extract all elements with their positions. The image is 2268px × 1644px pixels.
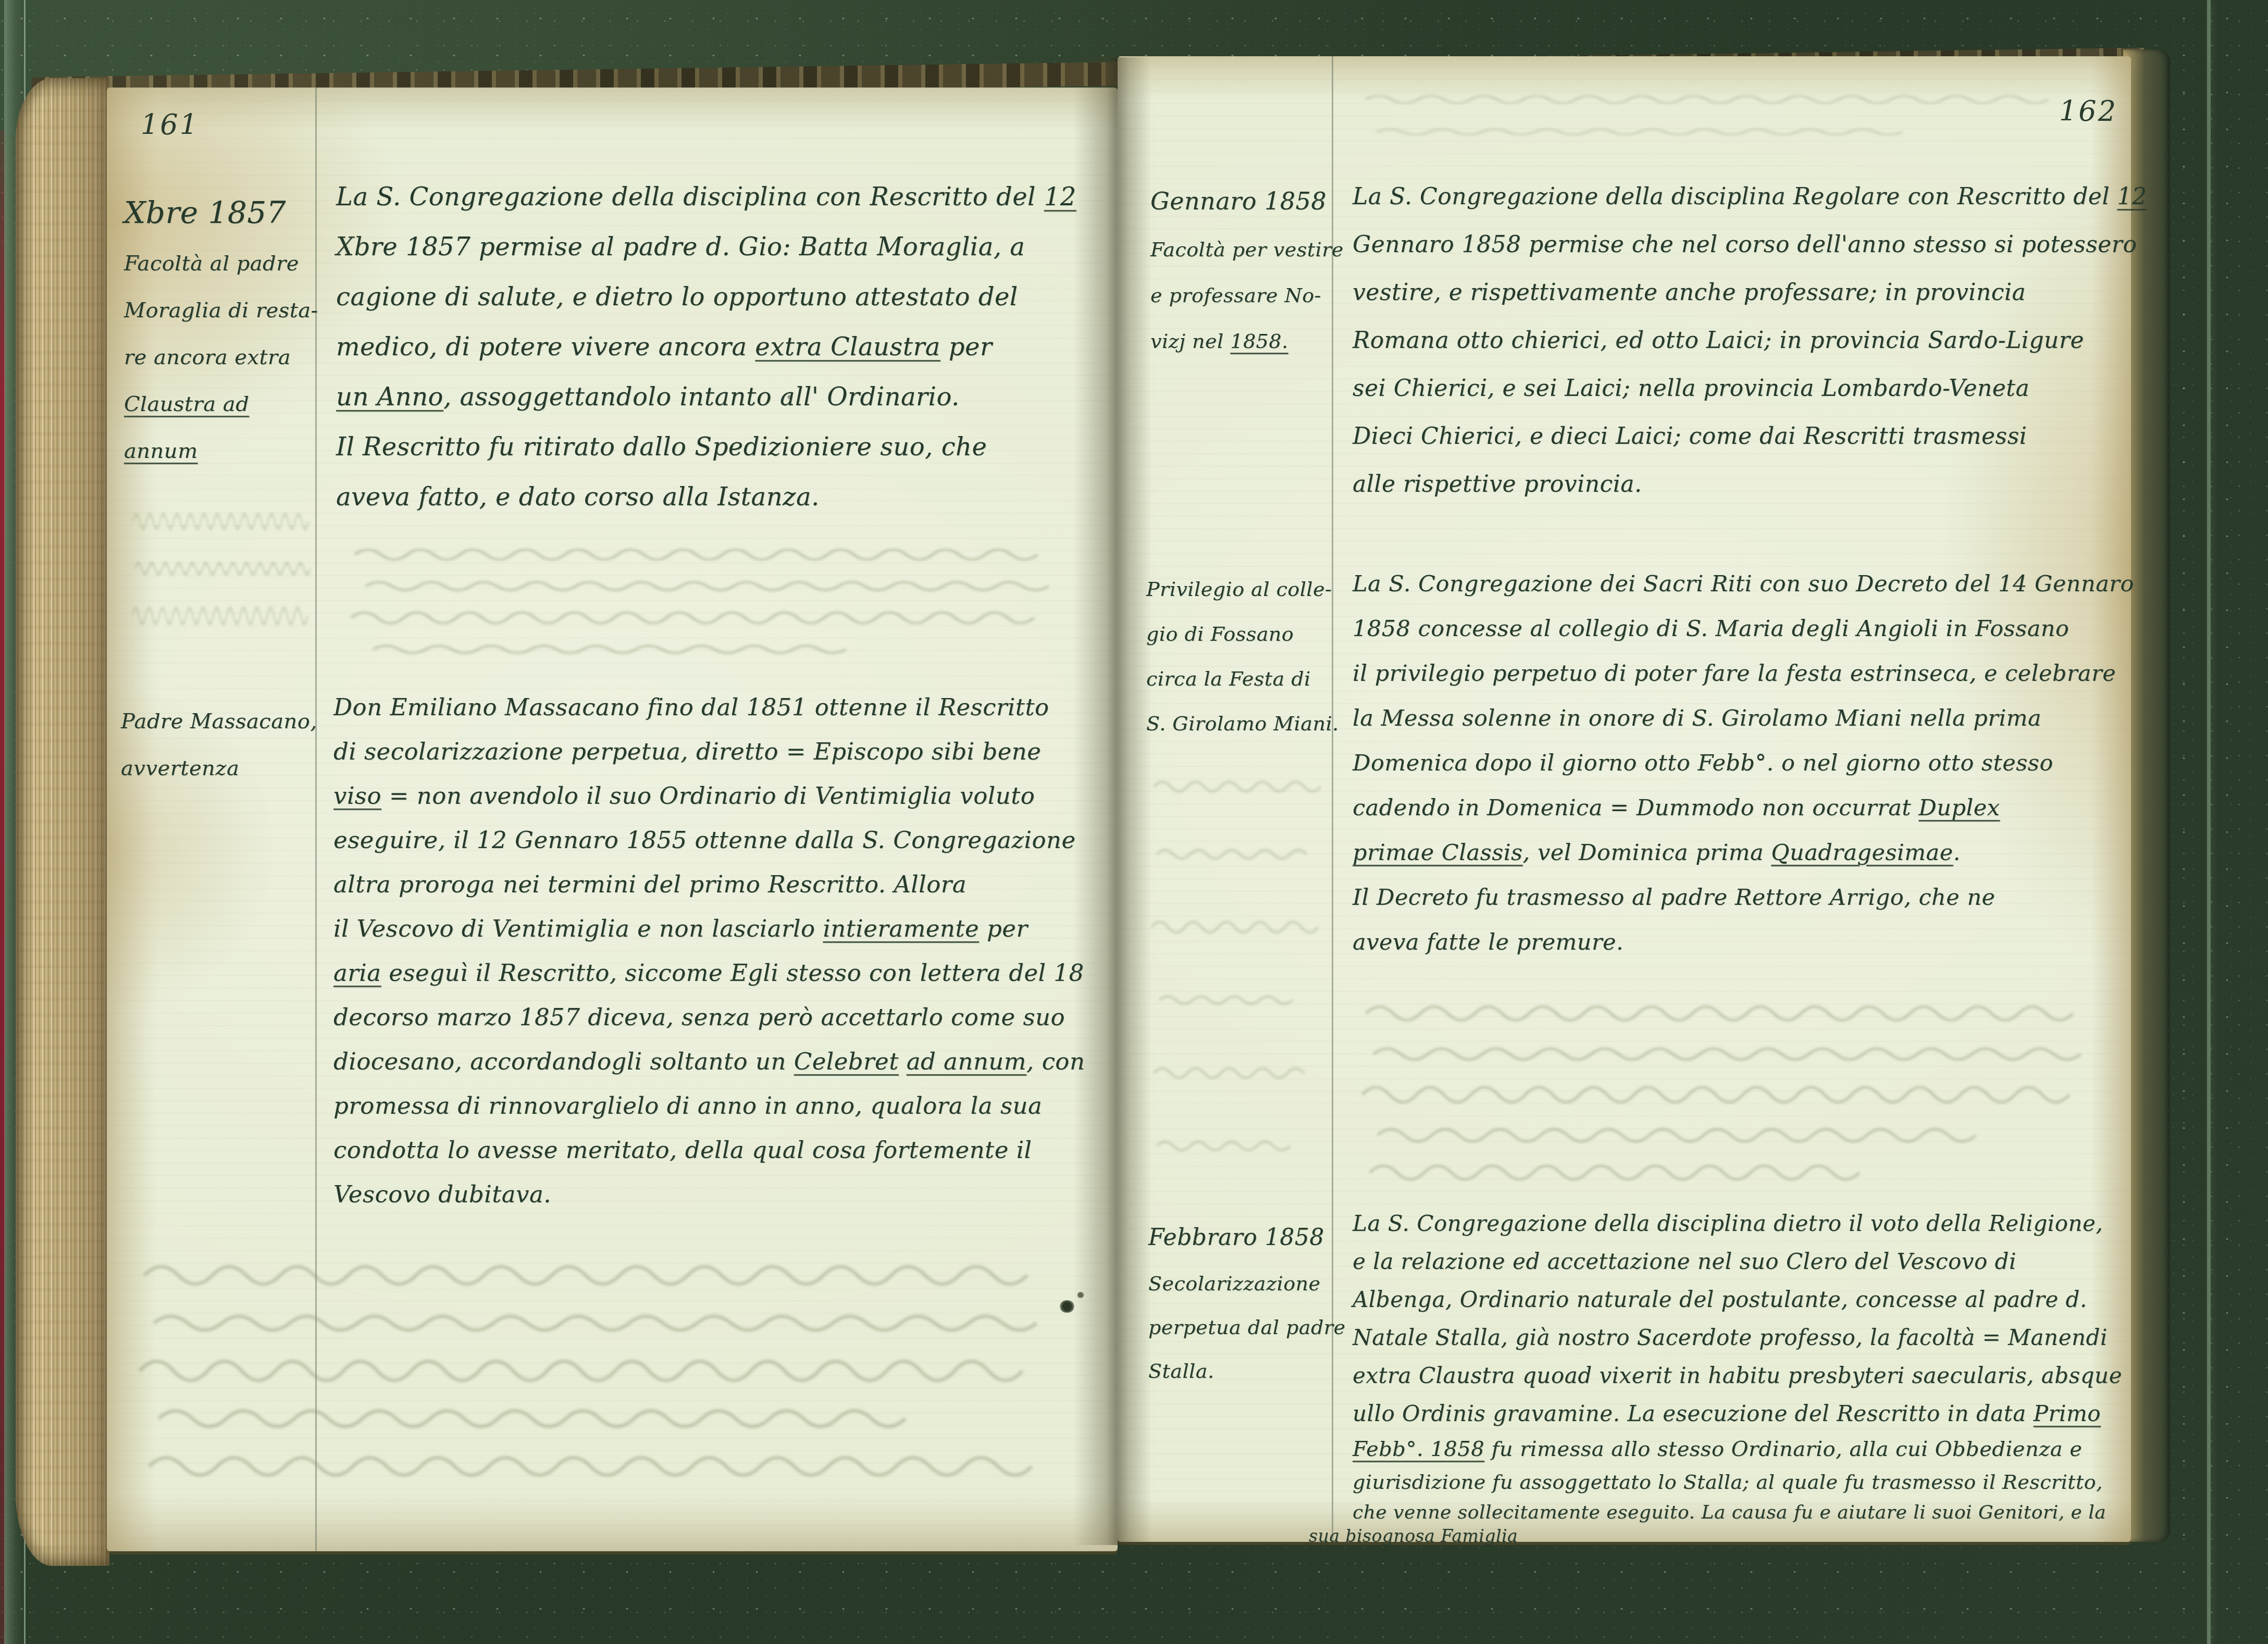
handwritten-line: aveva fatte le premure. — [1353, 920, 2145, 965]
handwritten-line: Xbre 1857 — [124, 185, 318, 240]
underlined-text: un Anno — [336, 382, 443, 412]
handwritten-line: condotta lo avesse meritato, della qual … — [333, 1128, 1099, 1172]
bleedthrough-ghost-writing — [1355, 990, 2110, 1193]
glass-edge-line — [2207, 0, 2211, 1644]
handwritten-line: cagione di salute, e dietro lo opportuno… — [336, 272, 1099, 322]
handwritten-line: Don Emiliano Massacano fino dal 1851 ott… — [333, 685, 1099, 729]
handwritten-line: altra proroga nei termini del primo Resc… — [333, 862, 1099, 906]
underlined-text: extra Claustra — [755, 332, 940, 362]
handwritten-line: Dieci Chierici, e dieci Laici; come dai … — [1353, 413, 2142, 460]
handwritten-line: Gennaro 1858 permise che nel corso dell'… — [1353, 221, 2142, 269]
handwritten-line: Febbraro 1858 — [1148, 1214, 1345, 1262]
underlined-text: aria — [333, 959, 381, 987]
page-161: 161 — [107, 88, 1118, 1551]
handwritten-line: perpetua dal padre — [1148, 1305, 1345, 1349]
handwritten-line: sei Chierici, e sei Laici; nella provinc… — [1353, 365, 2142, 413]
handwritten-line: La S. Congregazione dei Sacri Riti con s… — [1353, 562, 2145, 606]
handwritten-line: Claustra ad — [124, 381, 318, 428]
handwritten-line: medico, di potere vivere ancora extra Cl… — [336, 322, 1099, 372]
margin-rubric: Xbre 1857Facoltà al padreMoraglia di res… — [124, 185, 318, 475]
handwritten-line: primae Classis, vel Dominica prima Quadr… — [1353, 830, 2145, 875]
handwritten-line: diocesano, accordandogli soltanto un Cel… — [333, 1039, 1099, 1083]
bleedthrough-ghost-writing — [1355, 73, 2084, 161]
handwritten-line: Secolarizzazione — [1148, 1262, 1345, 1305]
entry-text: La S. Congregazione della disciplina con… — [336, 172, 1099, 522]
handwritten-line: vizj nel 1858. — [1150, 318, 1344, 364]
handwritten-line: 1858 concesse al collegio di S. Maria de… — [1353, 606, 2145, 651]
handwritten-line: circa la Festa di — [1146, 656, 1339, 701]
handwritten-line: S. Girolamo Miani. — [1146, 701, 1339, 746]
handwritten-line: Padre Massacano, — [121, 698, 317, 745]
underlined-text: Claustra ad — [124, 392, 249, 416]
handwritten-line: annum — [124, 428, 318, 475]
handwritten-line: vestire, e rispettivamente anche profess… — [1353, 269, 2142, 317]
underlined-text: 12 — [2117, 183, 2147, 210]
entry-text: La S. Congregazione della disciplina die… — [1353, 1204, 2165, 1527]
underlined-text: viso — [333, 782, 381, 809]
handwritten-line: Moraglia di resta- — [124, 287, 318, 334]
underlined-text: ad annum — [907, 1048, 1026, 1075]
handwritten-line: Facoltà al padre — [124, 240, 318, 287]
underlined-text: Primo — [2034, 1401, 2101, 1426]
handwritten-line: eseguire, il 12 Gennaro 1855 ottenne dal… — [333, 818, 1099, 862]
handwritten-line: Il Decreto fu trasmesso al padre Rettore… — [1353, 875, 2145, 920]
underlined-text: Duplex — [1918, 795, 2000, 821]
handwritten-line: Febb°. 1858 fu rimessa allo stesso Ordin… — [1353, 1433, 2165, 1466]
page-stack-fore-edge — [16, 78, 109, 1566]
bleedthrough-ghost-writing — [130, 495, 318, 672]
handwritten-line: un Anno, assoggettandolo intanto all' Or… — [336, 372, 1099, 422]
bleedthrough-ghost-writing — [130, 1245, 1073, 1505]
bleedthrough-ghost-writing — [1146, 755, 1334, 1198]
underlined-text: Quadragesimae — [1771, 840, 1953, 866]
underlined-text: Febb°. 1858 — [1353, 1437, 1484, 1461]
handwritten-line: Romana otto chierici, ed otto Laici; in … — [1353, 317, 2142, 365]
page-number-162: 162 — [2059, 95, 2117, 128]
handwritten-line: alle rispettive provincia. — [1353, 460, 2142, 508]
handwritten-line: sua bisognosa Famiglia — [1309, 1517, 1518, 1555]
handwritten-line: Facoltà per vestire — [1150, 227, 1344, 272]
underlined-text: intieramente — [823, 915, 979, 942]
margin-rubric: Febbraro 1858Secolarizzazioneperpetua da… — [1148, 1214, 1345, 1393]
handwritten-line: Vescovo dubitava. — [333, 1172, 1099, 1216]
handwritten-line: il Vescovo di Ventimiglia e non lasciarl… — [333, 906, 1099, 951]
handwritten-line: extra Claustra quoad vixerit in habitu p… — [1353, 1356, 2165, 1394]
handwritten-line: aveva fatto, e dato corso alla Istanza. — [336, 472, 1099, 522]
handwritten-line: decorso marzo 1857 diceva, senza però ac… — [333, 995, 1099, 1039]
handwritten-line: Stalla. — [1148, 1349, 1345, 1393]
margin-rubric: Gennaro 1858Facoltà per vestiree profess… — [1150, 176, 1344, 364]
page-162: 162 — [1118, 56, 2131, 1542]
handwritten-line: avvertenza — [121, 745, 317, 792]
ink-blot — [787, 395, 792, 400]
underlined-text: 1858. — [1230, 330, 1288, 353]
margin-rubric: Padre Massacano,avvertenza — [121, 698, 317, 792]
ink-blot — [1077, 1292, 1084, 1298]
bleedthrough-ghost-writing — [344, 537, 1073, 672]
handwritten-line: aria eseguì il Rescritto, siccome Egli s… — [333, 951, 1099, 995]
handwritten-line: promessa di rinnovarglielo di anno in an… — [333, 1083, 1099, 1128]
scanner-background: 161 — [0, 0, 2268, 1644]
handwritten-line: cadendo in Domenica = Dummodo non occurr… — [1353, 786, 2145, 830]
handwritten-line: Il Rescritto fu ritirato dallo Spedizion… — [336, 422, 1099, 472]
handwritten-line: Gennaro 1858 — [1150, 176, 1344, 227]
handwritten-line: La S. Congregazione della disciplina Reg… — [1353, 173, 2142, 221]
entry-text: La S. Congregazione dei Sacri Riti con s… — [1353, 562, 2145, 965]
handwritten-line: Natale Stalla, già nostro Sacerdote prof… — [1353, 1318, 2165, 1356]
page-number-161: 161 — [141, 108, 199, 141]
handwritten-line: il privilegio perpetuo di poter fare la … — [1353, 651, 2145, 696]
margin-rubric: Privilegio al colle-gio di Fossanocirca … — [1146, 567, 1339, 746]
handwritten-line: Domenica dopo il giorno otto Febb°. o ne… — [1353, 741, 2145, 786]
handwritten-line: La S. Congregazione della disciplina die… — [1353, 1204, 2165, 1242]
handwritten-line: Albenga, Ordinario naturale del postulan… — [1353, 1280, 2165, 1318]
handwritten-line: viso = non avendolo il suo Ordinario di … — [333, 774, 1099, 818]
handwritten-line: ullo Ordinis gravamine. La esecuzione de… — [1353, 1394, 2165, 1433]
underlined-text: 12 — [1044, 182, 1076, 211]
underlined-text: Celebret — [794, 1048, 899, 1075]
handwritten-line: La S. Congregazione della disciplina con… — [336, 172, 1099, 222]
handwritten-line: Xbre 1857 permise al padre d. Gio: Batta… — [336, 222, 1099, 272]
entry-text: La S. Congregazione della disciplina Reg… — [1353, 173, 2142, 508]
handwritten-line: re ancora extra — [124, 334, 318, 381]
ink-blot — [1059, 1300, 1075, 1313]
underlined-text: annum — [124, 439, 198, 463]
handwritten-line: e la relazione ed accettazione nel suo C… — [1353, 1242, 2165, 1280]
handwritten-line: di secolarizzazione perpetua, diretto = … — [333, 729, 1099, 774]
handwritten-line: la Messa solenne in onore di S. Girolamo… — [1353, 696, 2145, 741]
underlined-text: primae Classis — [1353, 840, 1523, 866]
handwritten-line: gio di Fossano — [1146, 612, 1339, 656]
handwritten-line: e professare No- — [1150, 272, 1344, 318]
handwritten-line: Privilegio al colle- — [1146, 567, 1339, 612]
handwritten-line: giurisdizione fu assoggettato lo Stalla;… — [1353, 1466, 2165, 1498]
entry-text: Don Emiliano Massacano fino dal 1851 ott… — [333, 685, 1099, 1216]
